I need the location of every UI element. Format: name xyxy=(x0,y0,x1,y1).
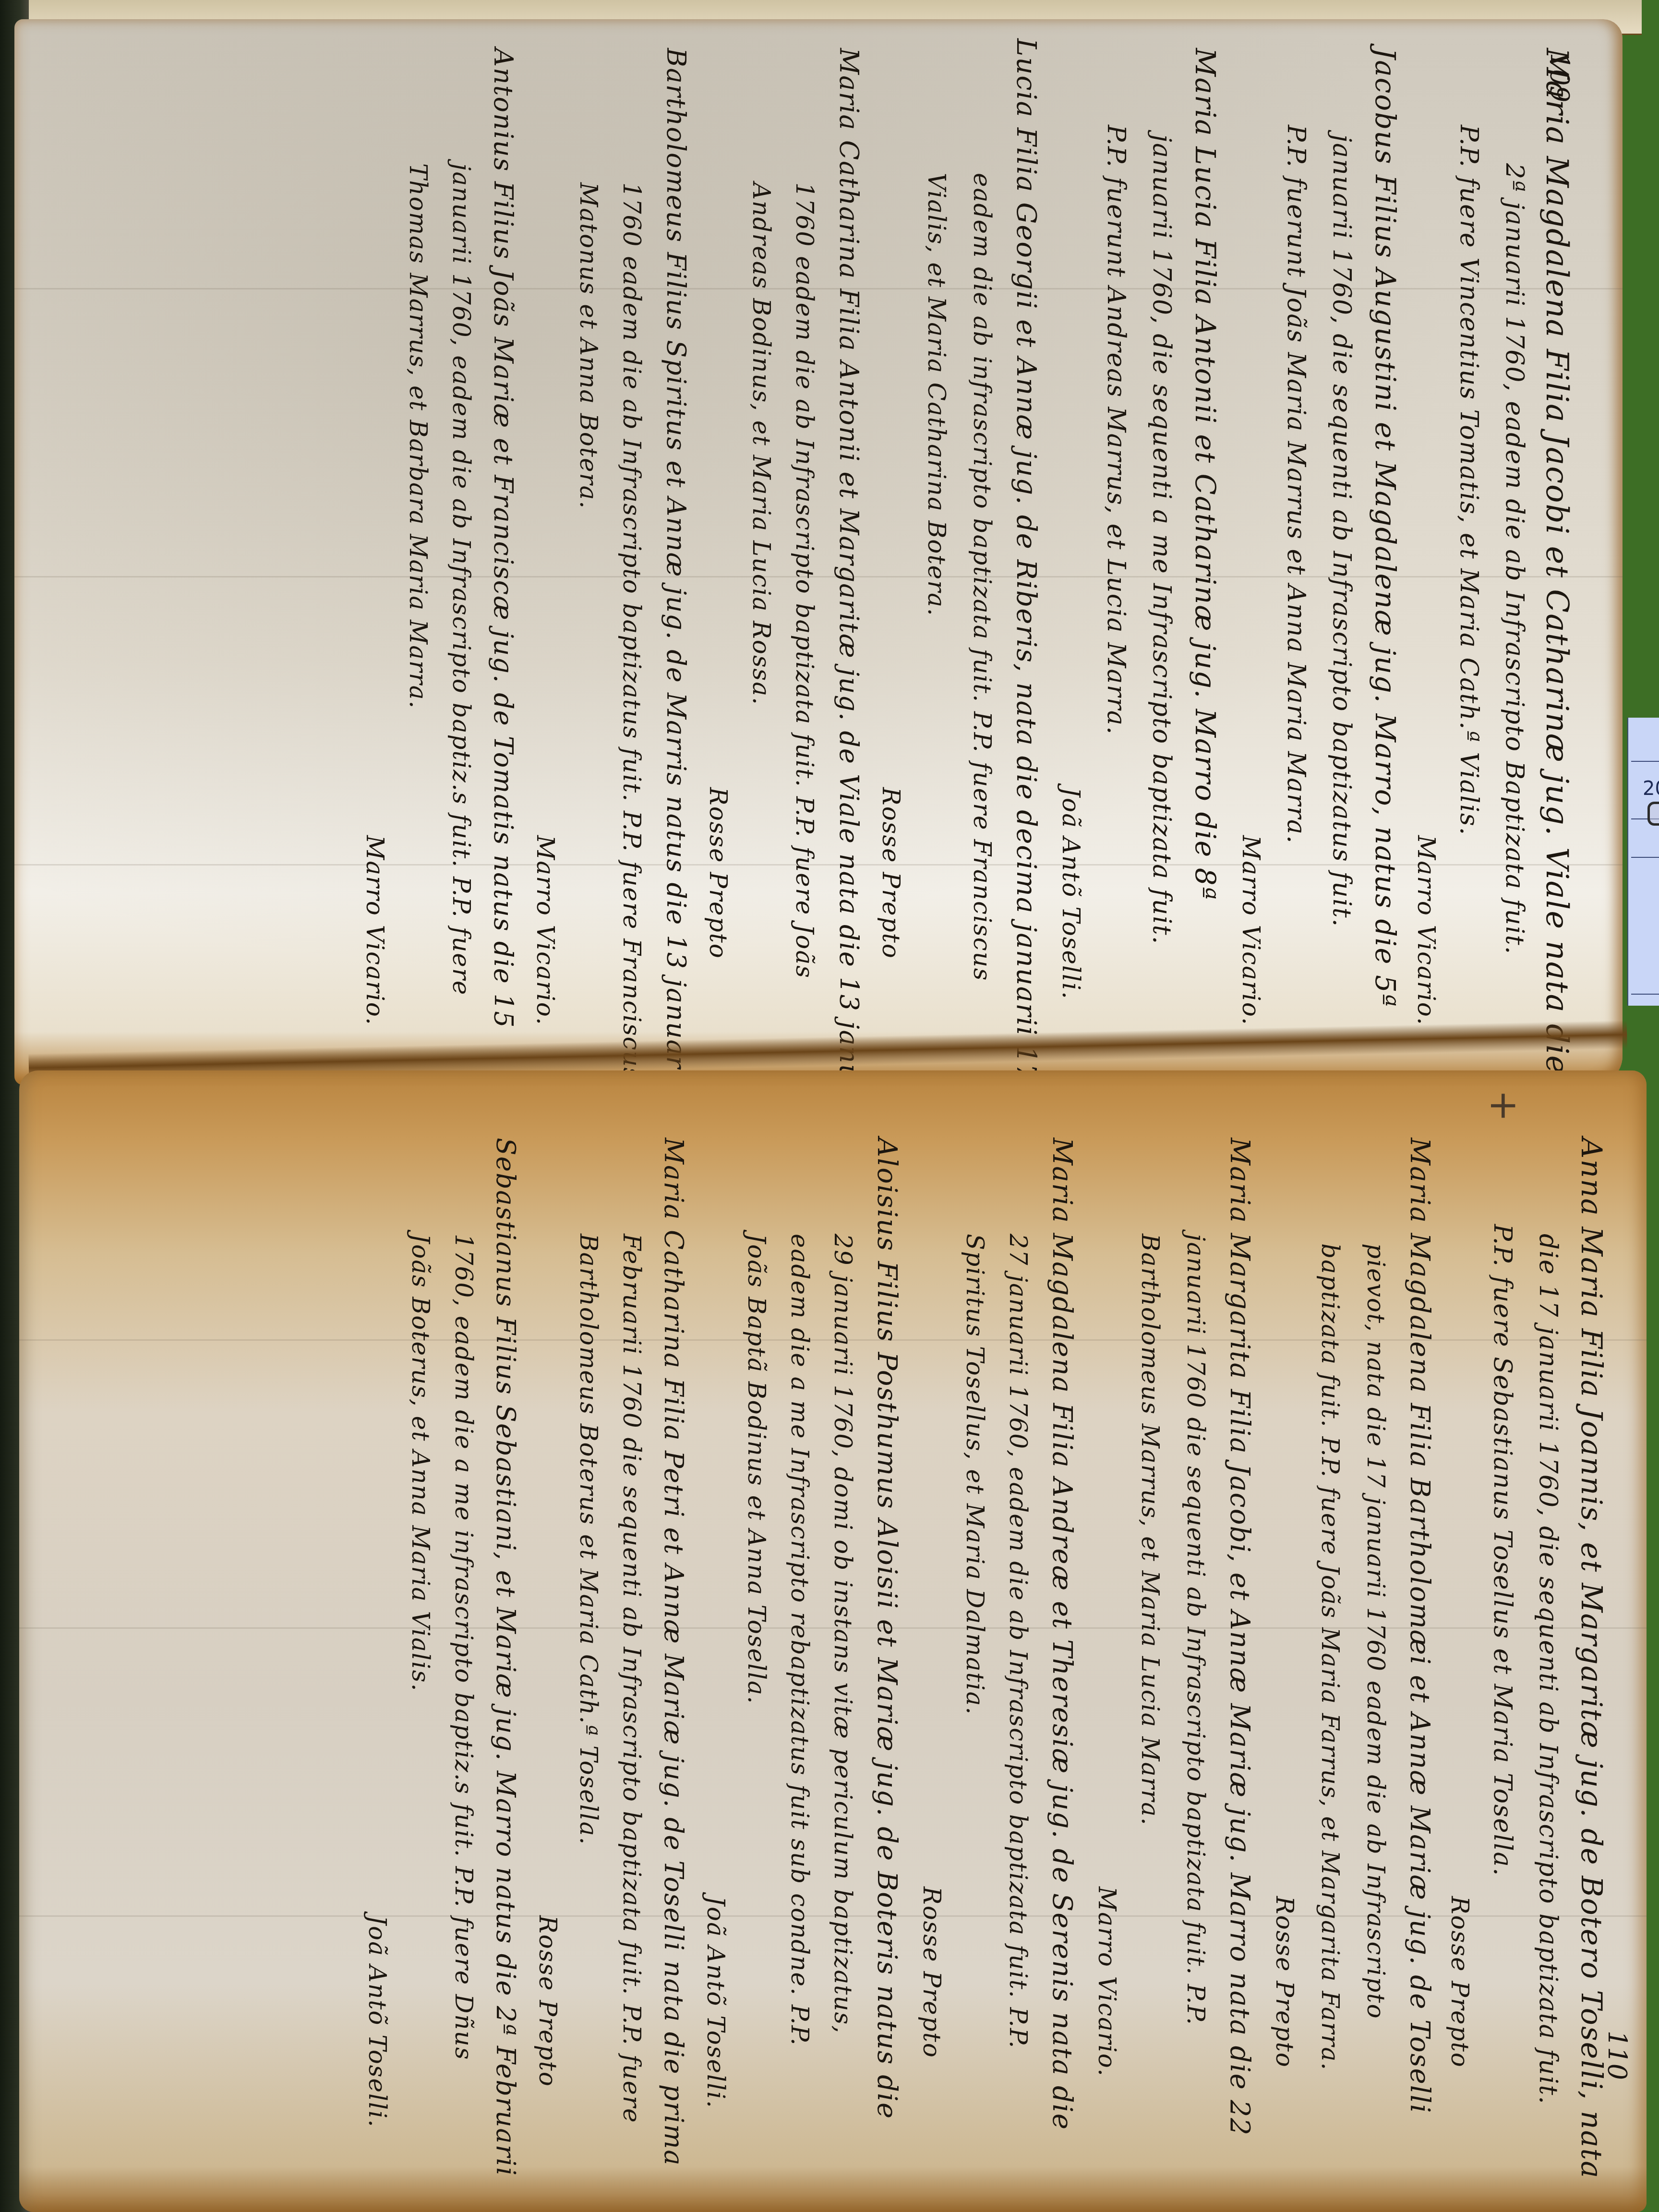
entry-line: 1760, eadem die a me infrascripto baptiz… xyxy=(450,1234,478,2060)
entry-line: januarii 1760 die sequenti ab Infrascrip… xyxy=(1182,1234,1210,2026)
signature-line: Rosse Prepto xyxy=(704,787,732,959)
entry-line: Andreas Bodinus, et Maria Lucia Rossa. xyxy=(747,182,775,706)
entry-line: Bartholomeus Marrus, et Maria Lucia Marr… xyxy=(1136,1234,1164,1826)
entry-line: Joãs Baptã Bodinus et Anna Tosella. xyxy=(743,1234,770,1705)
entry-line: P.P. fuerunt Joãs Maria Marrus et Anna M… xyxy=(1282,125,1310,844)
entry-line: Bartholomeus Boterus et Maria Cath.ª Tos… xyxy=(575,1234,602,1845)
entry-line: Spiritus Tosellus, et Maria Dalmatia. xyxy=(961,1234,989,1716)
signature-line: Marro Vicario. xyxy=(1237,835,1265,1026)
entry-line: Thomas Marrus, et Barbara Maria Marra. xyxy=(404,163,432,709)
manuscript-page-110: + 110 Anna Maria Filia Joannis, et Marga… xyxy=(19,1070,1647,2212)
entry-line: baptizata fuit. P.P. fuere Joãs Maria Fa… xyxy=(1316,1243,1344,2071)
entry-line: Maria Catharina Filia Antonii et Margari… xyxy=(834,48,864,1085)
label-grid-line xyxy=(1631,857,1659,858)
entry-line: eadem die a me Infrascripto rebaptizatus… xyxy=(786,1234,814,2046)
entry-line: januarii 1760, die sequenti ab Infrascri… xyxy=(1327,134,1356,927)
entry-line: Maria Magdalena Filia Andreæ et Theresiæ… xyxy=(1046,1138,1078,2130)
entry-line: Maria Margarita Filia Jacobi, et Annæ Ma… xyxy=(1224,1138,1255,2136)
entry-line: januarii 1760, eadem die ab Infrascripto… xyxy=(447,163,475,996)
archive-sticky-label: 20 xyxy=(1627,718,1659,1006)
entry-line: 1760 eadem die ab Infrascripto baptizatu… xyxy=(618,182,646,1081)
signature-line: Joã Antõ Toselli. xyxy=(1057,787,1085,1000)
paper-clip-icon xyxy=(1647,802,1659,826)
entry-line: Sebastianus Filius Sebastiani, et Mariæ … xyxy=(491,1138,521,2176)
entry-line: 29 januarii 1760, domi ob instans vitæ p… xyxy=(829,1234,857,2034)
page-110-text: Anna Maria Filia Joannis, et Margaritæ j… xyxy=(24,1070,1608,2175)
entry-line: 27 januarii 1760, eadem die ab Infrascri… xyxy=(1004,1234,1032,2049)
signature-line: Marro Vicario. xyxy=(361,835,389,1026)
signature-line: Joã Antõ Toselli. xyxy=(702,1896,730,2109)
signature-line: Marro Vicario. xyxy=(1093,1887,1121,2077)
entry-line: Maria Catharina Filia Petri et Annæ Mari… xyxy=(659,1138,689,2166)
entry-line: Jacobus Filius Augustini et Magdalenæ ju… xyxy=(1369,48,1402,1008)
label-text: 20 xyxy=(1643,778,1659,800)
signature-line: Rosse Prepto xyxy=(918,1887,946,2058)
entry-line: januarii 1760, die sequenti a me Infrasc… xyxy=(1147,134,1176,945)
signature-line: Rosse Prepto xyxy=(1271,1896,1298,2068)
entry-line: 2ª januarii 1760, eadem die ab Infrascri… xyxy=(1500,163,1529,955)
entry-line: Bartholomeus Filius Spiritus et Annæ jug… xyxy=(661,48,691,1085)
entry-line: Maria Lucia Filia Antonii et Catharinæ j… xyxy=(1189,48,1222,901)
label-grid-line xyxy=(1631,761,1659,762)
page-109-text: Maria Magdalena Filia Jacobi et Catharin… xyxy=(14,19,1575,1075)
entry-line: Lucia Filia Georgii et Annæ jug. de Ribe… xyxy=(1010,38,1042,1085)
entry-line: Maria Magdalena Filia Jacobi et Catharin… xyxy=(1539,48,1575,1074)
entry-line: Matonus et Anna Botera. xyxy=(575,182,602,509)
entry-line: P.P. fuere Sebastianus Tosellus et Maria… xyxy=(1488,1224,1517,1876)
signature-line: Rosse Prepto xyxy=(877,787,905,959)
entry-line: P.P. fuerunt Andreas Marrus, et Lucia Ma… xyxy=(1102,125,1130,735)
entry-line: Antonius Filius Joãs Mariæ et Franciscæ … xyxy=(488,48,518,1029)
manuscript-page-109: 109 Maria Magdalena Filia Jacobi et Cath… xyxy=(14,19,1623,1085)
entry-line: Aloisius Filius Posthumus Aloisii et Mar… xyxy=(871,1138,902,2119)
signature-line: Rosse Prepto xyxy=(1446,1896,1474,2068)
entry-line: Vialis, et Maria Catharina Botera. xyxy=(923,173,950,617)
entry-line: pievot, nata die 17 januarii 1760 eadem … xyxy=(1362,1243,1390,2020)
entry-line: P.P. fuere Vincentius Tomatis, et Maria … xyxy=(1455,125,1483,836)
entry-line: Joãs Boterus, et Anna Maria Vialis. xyxy=(407,1234,434,1692)
signature-line: Joã Antõ Toselli. xyxy=(363,1915,391,2128)
signature-line: Marro Vicario. xyxy=(1412,835,1440,1026)
signature-line: Marro Vicario. xyxy=(531,835,559,1026)
signature-line: Rosse Prepto xyxy=(534,1915,562,2087)
label-grid-line xyxy=(1631,994,1659,995)
entry-line: Anna Maria Filia Joannis, et Margaritæ j… xyxy=(1575,1138,1608,2179)
entry-line: Februarii 1760 die sequenti ab Infrascri… xyxy=(618,1234,646,2124)
entry-line: Maria Magdalena Filia Bartholomæi et Ann… xyxy=(1404,1138,1435,2114)
entry-line: die 17 januarii 1760, die sequenti ab In… xyxy=(1534,1234,1563,2105)
entry-line: eadem die ab infrascripto baptizata fuit… xyxy=(968,173,996,982)
entry-line: 1760 eadem die ab Infrascripto baptizata… xyxy=(791,182,818,979)
